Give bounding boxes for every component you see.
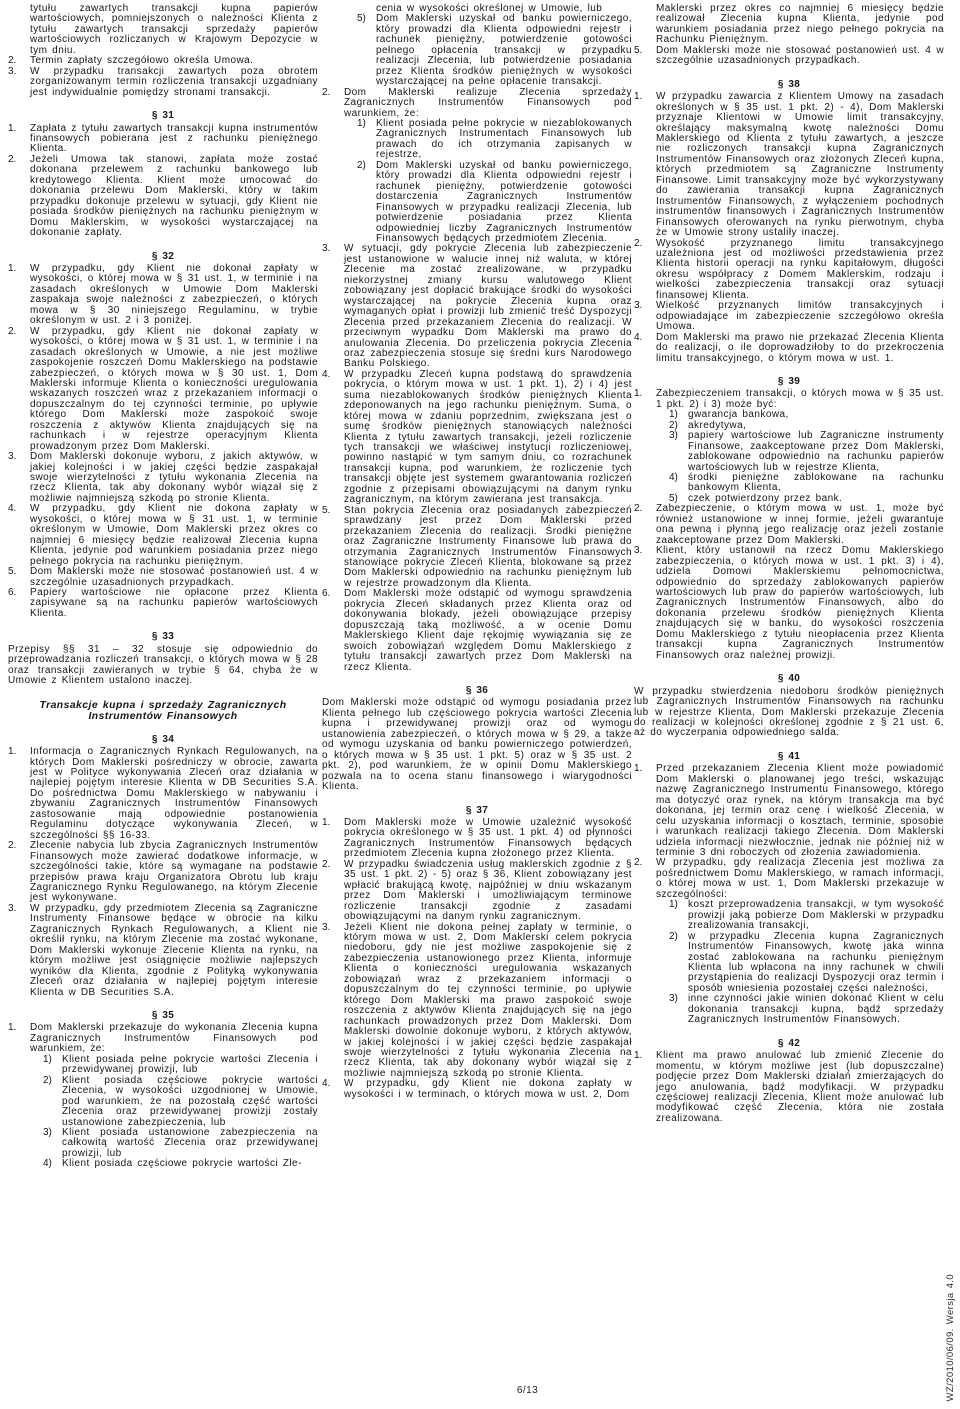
clause-number: 5.	[322, 506, 342, 516]
numbered-clause: 2)Dom Maklerski uzyskał od banku powiern…	[322, 161, 632, 245]
numbered-clause: 2.W przypadku, gdy realizacja Zlecenia j…	[634, 858, 944, 900]
clause-text: Papiery wartościowe nie opłacone przez K…	[30, 587, 318, 619]
clause-text: W przypadku, gdy realizacja Zlecenia jes…	[656, 857, 944, 899]
clause-text: W przypadku, gdy Klient nie dokonał zapł…	[30, 263, 318, 326]
page-number: 6/13	[0, 1386, 960, 1396]
clause-text: W przypadku świadczenia usług maklerskic…	[344, 859, 632, 922]
section-number-heading: § 39	[634, 377, 944, 387]
clause-text: Dom Maklerski może nie stosować postanow…	[656, 45, 944, 66]
clause-text: Klient, który ustanowił na rzecz Domu Ma…	[656, 545, 944, 661]
clause-number: 4.	[322, 370, 342, 380]
clause-text: Dom Maklerski przekazuje do wykonania Zl…	[30, 1022, 318, 1054]
clause-text: papiery wartościowe lub Zagraniczne inst…	[688, 430, 944, 472]
clause-number: 3.	[8, 904, 28, 914]
clause-text: Dom Maklerski dokonuje wyboru, z jakich …	[30, 451, 318, 504]
clause-text: Zabezpieczeniem transakcji, o których mo…	[656, 388, 944, 409]
clause-number: 1.	[8, 1023, 28, 1033]
section-number-heading: § 32	[8, 252, 318, 262]
numbered-clause: 1.Dom Maklerski przekazuje do wykonania …	[8, 1023, 318, 1054]
clause-number: 1.	[634, 1051, 654, 1061]
clause-number: 1)	[43, 1055, 61, 1065]
numbered-clause: 5.Dom Maklerski może nie stosować postan…	[8, 567, 318, 588]
clause-text: Termin zapłaty szczegółowo określa Umowa…	[30, 55, 253, 66]
numbered-clause: 2)Klient posiada częściowe pokrycie wart…	[8, 1076, 318, 1128]
clause-number: 5)	[357, 14, 375, 24]
numbered-clause: 3.W sytuacji, gdy pokrycie Zlecenia lub …	[322, 244, 632, 369]
clause-number: 1.	[634, 389, 654, 399]
clause-text: W przypadku zawarcia z Klientem Umowy na…	[656, 91, 944, 238]
numbered-clause: 2.Zlecenie nabycia lub zbycia Zagraniczn…	[8, 841, 318, 904]
clause-number: 3.	[8, 67, 28, 77]
section-number-heading: § 33	[8, 632, 318, 642]
clause-number: 6.	[8, 588, 28, 598]
numbered-clause: 3.Wielkość przyznanych limitów transakcy…	[634, 301, 944, 332]
section-number-heading: § 40	[634, 674, 944, 684]
clause-text: Dom Maklerski może odstąpić od wymogu sp…	[344, 588, 632, 672]
clause-text: Jeżeli Umowa tak stanowi, zapłata może z…	[30, 154, 318, 238]
clause-number: 4.	[8, 504, 28, 514]
paragraph: Maklerski przez okres co najmniej 6 mies…	[634, 4, 944, 46]
numbered-clause: 1.Klient ma prawo anulować lub zmienić Z…	[634, 1051, 944, 1124]
numbered-clause: 4)Klient posiada częściowe pokrycie wart…	[8, 1159, 318, 1169]
clause-text: Jeżeli Klient nie dokona pełnej zapłaty …	[344, 922, 632, 1079]
clause-text: akredytywa,	[688, 420, 746, 431]
clause-number: 1.	[8, 124, 28, 134]
clause-number: 2.	[322, 88, 342, 98]
clause-text: inne czynności jakie winien dokonać Klie…	[688, 993, 944, 1025]
clause-number: 1.	[634, 764, 654, 774]
section-number-heading: § 38	[634, 80, 944, 90]
numbered-clause: 2.W przypadku, gdy Klient nie dokonał za…	[8, 327, 318, 452]
numbered-clause: 2.Wysokość przyznanego limitu transakcyj…	[634, 239, 944, 302]
clause-text: Wysokość przyznanego limitu transakcyjne…	[656, 238, 944, 301]
clause-number: 5.	[8, 567, 28, 577]
clause-text: W przypadku, gdy przedmiotem Zlecenia są…	[30, 903, 318, 998]
clause-number: 1.	[322, 818, 342, 828]
numbered-clause: 4.W przypadku Zleceń kupna podstawą do s…	[322, 370, 632, 506]
clause-text: Klient posiada częściowe pokrycie wartoś…	[62, 1075, 318, 1128]
numbered-clause: 1.W przypadku, gdy Klient nie dokonał za…	[8, 264, 318, 327]
clause-text: w przypadku Zlecenia kupna Zagranicznych…	[688, 931, 944, 994]
clause-number: 3.	[322, 923, 342, 933]
clause-number: 1.	[8, 747, 28, 757]
clause-text: Przepisy §§ 31 – 32 stosuje się odpowied…	[8, 644, 318, 686]
section-number-heading: § 37	[322, 806, 632, 816]
section-number-heading: § 35	[8, 1011, 318, 1021]
numbered-clause: 1.W przypadku zawarcia z Klientem Umowy …	[634, 92, 944, 238]
numbered-clause: 1.Przed przekazaniem Zlecenia Klient moż…	[634, 764, 944, 858]
clause-number: 4.	[634, 333, 654, 343]
clause-text: środki pieniężne zablokowane na rachunku…	[688, 472, 944, 493]
clause-text: cenia w wysokości określonej w Umowie, l…	[376, 3, 602, 14]
clause-text: Klient posiada ustanowione zabezpieczeni…	[62, 1127, 318, 1159]
clause-number: 3)	[43, 1128, 61, 1138]
paragraph: Przepisy §§ 31 – 32 stosuje się odpowied…	[8, 645, 318, 687]
clause-text: Dom Maklerski uzyskał od banku powiernic…	[376, 13, 632, 87]
clause-text: W przypadku stwierdzenia niedoboru środk…	[634, 686, 944, 739]
clause-text: Klient posiada częściowe pokrycie wartoś…	[62, 1158, 302, 1169]
clause-text: Przed przekazaniem Zlecenia Klient może …	[656, 763, 944, 858]
section-number-heading: § 34	[8, 735, 318, 745]
clause-text: Klient posiada pełne pokrycie wartości Z…	[62, 1054, 318, 1075]
numbered-clause: 3)Klient posiada ustanowione zabezpiecze…	[8, 1128, 318, 1159]
clause-number: 1)	[357, 119, 375, 129]
clause-text: Dom Maklerski uzyskał od banku powiernic…	[376, 160, 632, 244]
numbered-clause: 1)gwarancja bankowa,	[634, 410, 944, 420]
numbered-clause: 3.Jeżeli Klient nie dokona pełnej zapłat…	[322, 923, 632, 1080]
clause-number: 3.	[8, 452, 28, 462]
paragraph: tytułu zawartych transakcji kupna papier…	[8, 4, 318, 56]
clause-number: 3.	[634, 546, 654, 556]
numbered-clause: 5.Dom Maklerski może nie stosować postan…	[634, 46, 944, 67]
clause-number: 1.	[8, 264, 28, 274]
clause-text: W przypadku, gdy Klient nie dokonał zapł…	[30, 326, 318, 452]
clause-text: Stan pokrycia Zlecenia oraz posiadanych …	[344, 505, 632, 589]
numbered-clause: 3.Dom Maklerski dokonuje wyboru, z jakic…	[8, 452, 318, 504]
clause-text: Wielkość przyznanych limitów transakcyjn…	[656, 300, 944, 332]
numbered-clause: 1.Zabezpieczeniem transakcji, o których …	[634, 389, 944, 410]
numbered-clause: 4.W przypadku, gdy Klient nie dokona zap…	[8, 504, 318, 567]
clause-text: koszt przeprowadzenia transakcji, w tym …	[688, 899, 944, 931]
numbered-clause: 1)Klient posiada pełne pokrycie wartości…	[8, 1055, 318, 1076]
section-number-heading: § 36	[322, 686, 632, 696]
clause-number: 2)	[357, 161, 375, 171]
document-page: tytułu zawartych transakcji kupna papier…	[0, 0, 960, 1409]
clause-text: Dom Maklerski może odstąpić od wymogu po…	[322, 697, 632, 792]
numbered-clause: 4)środki pieniężne zablokowane na rachun…	[634, 473, 944, 494]
section-number-heading: § 42	[634, 1039, 944, 1049]
clause-text: W przypadku Zleceń kupna podstawą do spr…	[344, 369, 632, 505]
clause-number: 2.	[322, 860, 342, 870]
clause-number: 3.	[322, 244, 342, 254]
text-column-3: Maklerski przez okres co najmniej 6 mies…	[634, 4, 944, 1124]
clause-text: tytułu zawartych transakcji kupna papier…	[30, 3, 318, 56]
clause-text: Dom Maklerski może w Umowie uzależnić wy…	[344, 817, 632, 859]
document-version-label: WZ/2010/06/09. Wersja 4.0	[946, 1274, 956, 1401]
clause-number: 2.	[8, 327, 28, 337]
clause-number: 2)	[43, 1076, 61, 1086]
clause-number: 3)	[669, 994, 687, 1004]
numbered-clause: 3)inne czynności jakie winien dokonać Kl…	[634, 994, 944, 1025]
numbered-clause: 1)koszt przeprowadzenia transakcji, w ty…	[634, 900, 944, 931]
clause-number: 3)	[669, 431, 687, 441]
clause-number: 6.	[322, 589, 342, 599]
numbered-clause: 3)papiery wartościowe lub Zagraniczne in…	[634, 431, 944, 473]
clause-text: W przypadku transakcji zawartych poza ob…	[30, 66, 318, 98]
numbered-clause: 1)Klient posiada pełne pokrycie w niezab…	[322, 119, 632, 161]
clause-text: Dom Maklerski realizuje Zlecenia sprzeda…	[344, 87, 632, 119]
numbered-clause: 1.Informacja o Zagranicznych Rynkach Reg…	[8, 747, 318, 841]
numbered-clause: 3.W przypadku transakcji zawartych poza …	[8, 67, 318, 98]
clause-number: 1)	[669, 900, 687, 910]
numbered-clause: 5)Dom Maklerski uzyskał od banku powiern…	[322, 14, 632, 87]
numbered-clause: 2.Jeżeli Umowa tak stanowi, zapłata może…	[8, 155, 318, 239]
numbered-clause: 6.Dom Maklerski może odstąpić od wymogu …	[322, 589, 632, 673]
numbered-clause: 1.Dom Maklerski może w Umowie uzależnić …	[322, 818, 632, 860]
clause-number: 4)	[43, 1159, 61, 1169]
numbered-clause: 3.Klient, który ustanowił na rzecz Domu …	[634, 546, 944, 661]
numbered-clause: 4.W przypadku, gdy Klient nie dokona zap…	[322, 1079, 632, 1100]
numbered-clause: 2.Zabezpieczenie, o którym mowa w ust. 1…	[634, 504, 944, 546]
text-column-2: cenia w wysokości określonej w Umowie, l…	[322, 4, 632, 1100]
clause-number: 1.	[634, 92, 654, 102]
clause-text: W sytuacji, gdy pokrycie Zlecenia lub za…	[344, 243, 632, 369]
clause-text: czek potwierdzony przez bank.	[688, 493, 842, 504]
clause-text: Klient posiada pełne pokrycie w niezablo…	[376, 118, 632, 160]
clause-text: Zapłata z tytułu zawartych transakcji ku…	[30, 123, 318, 155]
clause-text: Zabezpieczenie, o którym mowa w ust. 1, …	[656, 503, 944, 545]
clause-number: 2)	[669, 932, 687, 942]
paragraph: W przypadku stwierdzenia niedoboru środk…	[634, 687, 944, 739]
numbered-clause: 1.Zapłata z tytułu zawartych transakcji …	[8, 124, 318, 155]
numbered-clause: 4.Dom Maklerski ma prawo nie przekazać Z…	[634, 333, 944, 364]
clause-number: 2.	[634, 239, 654, 249]
clause-text: Maklerski przez okres co najmniej 6 mies…	[656, 3, 944, 45]
numbered-clause: 2.Dom Maklerski realizuje Zlecenia sprze…	[322, 88, 632, 119]
section-number-heading: § 31	[8, 111, 318, 121]
clause-text: Dom Maklerski ma prawo nie przekazać Zle…	[656, 332, 944, 364]
numbered-clause: 2.W przypadku świadczenia usług maklersk…	[322, 860, 632, 923]
numbered-clause: 6.Papiery wartościowe nie opłacone przez…	[8, 588, 318, 619]
clause-number: 2.	[8, 155, 28, 165]
clause-text: gwarancja bankowa,	[688, 409, 789, 420]
clause-text: W przypadku, gdy Klient nie dokona zapła…	[344, 1078, 632, 1099]
clause-number: 4.	[322, 1079, 342, 1089]
clause-text: Klient ma prawo anulować lub zmienić Zle…	[656, 1050, 944, 1124]
numbered-clause: 5.Stan pokrycia Zlecenia oraz posiadanyc…	[322, 506, 632, 590]
chapter-heading: Transakcje kupna i sprzedaży Zagraniczny…	[10, 700, 316, 722]
clause-number: 5.	[634, 46, 654, 56]
clause-number: 2.	[8, 841, 28, 851]
numbered-clause: 2)w przypadku Zlecenia kupna Zagraniczny…	[634, 932, 944, 995]
clause-number: 2.	[634, 504, 654, 514]
paragraph: Dom Maklerski może odstąpić od wymogu po…	[322, 698, 632, 792]
clause-text: Zlecenie nabycia lub zbycia Zagranicznyc…	[30, 840, 318, 903]
clause-number: 3.	[634, 301, 654, 311]
clause-text: Dom Maklerski może nie stosować postanow…	[30, 566, 318, 587]
numbered-clause: 3.W przypadku, gdy przedmiotem Zlecenia …	[8, 904, 318, 998]
clause-number: 4)	[669, 473, 687, 483]
section-number-heading: § 41	[634, 752, 944, 762]
clause-text: W przypadku, gdy Klient nie dokona zapła…	[30, 503, 318, 566]
text-column-1: tytułu zawartych transakcji kupna papier…	[8, 4, 318, 1170]
clause-number: 2.	[634, 858, 654, 868]
clause-text: Informacja o Zagranicznych Rynkach Regul…	[30, 746, 318, 841]
